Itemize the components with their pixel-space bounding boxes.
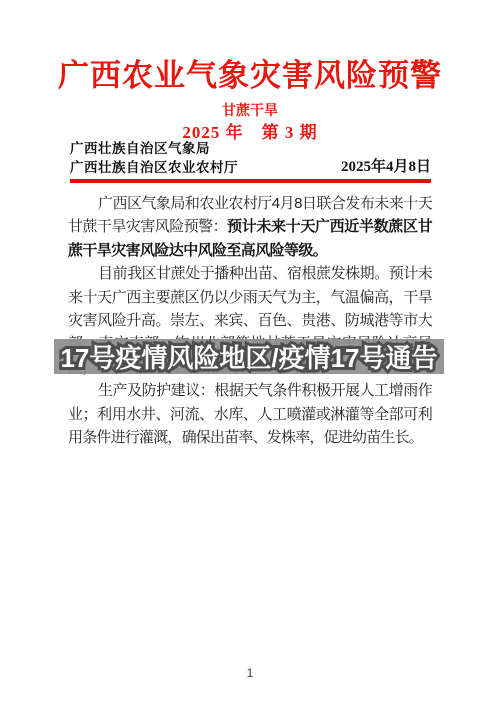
letterhead: 广西壮族自治区气象局 广西壮族自治区农业农村厅 2025年4月8日: [70, 139, 431, 177]
letterhead-divider-rule: [70, 179, 431, 183]
document-title: 广西农业气象灾害风险预警: [0, 50, 500, 95]
paragraph-warning-summary: 广西区气象局和农业农村厅4月8日联合发布未来十天甘蔗干旱灾害风险预警：预计未来十…: [68, 192, 432, 262]
issue-date: 2025年4月8日: [341, 158, 431, 177]
page-number: 1: [0, 666, 500, 680]
paragraph-protection-advice: 生产及防护建议：根据天气条件积极开展人工增雨作业；利用水井、河流、水库、人工喷灌…: [68, 379, 432, 449]
epidemic-watermark-text: 17号疫情风险地区/疫情17号通告: [60, 338, 437, 375]
document-subject: 甘蔗干旱: [0, 100, 500, 120]
issuer-list: 广西壮族自治区气象局 广西壮族自治区农业农村厅: [70, 139, 238, 177]
document-body: 广西区气象局和农业农村厅4月8日联合发布未来十天甘蔗干旱灾害风险预警：预计未来十…: [68, 192, 432, 449]
bulletin-page: 广西农业气象灾害风险预警 甘蔗干旱 2025 年 第 3 期 广西壮族自治区气象…: [0, 0, 500, 707]
epidemic-watermark-banner: 17号疫情风险地区/疫情17号通告: [54, 339, 444, 374]
issuer-agriculture-department: 广西壮族自治区农业农村厅: [70, 158, 238, 177]
issuer-meteorological-bureau: 广西壮族自治区气象局: [70, 139, 238, 158]
